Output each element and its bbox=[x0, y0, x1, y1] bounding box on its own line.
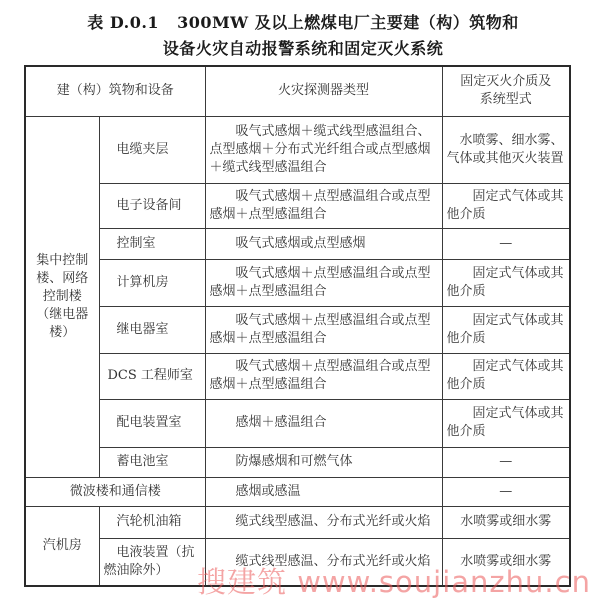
item-cell: 计算机房 bbox=[99, 259, 205, 306]
header-row: 建（构）筑物和设备 火灾探测器类型 固定灭火介质及系统型式 bbox=[25, 66, 570, 116]
header-building: 建（构）筑物和设备 bbox=[25, 66, 205, 116]
item-cell: 配电装置室 bbox=[99, 399, 205, 447]
medium-cell: 固定式气体或其他介质 bbox=[442, 183, 570, 228]
table-row: 集中控制楼、网络控制楼（继电器楼） 电缆夹层 吸气式感烟＋缆式线型感温组合、点型… bbox=[25, 116, 570, 183]
table-row: 蓄电池室 防爆感烟和可燃气体 — bbox=[25, 447, 570, 477]
detector-cell: 感烟＋感温组合 bbox=[205, 399, 442, 447]
medium-cell: 固定式气体或其他介质 bbox=[442, 306, 570, 353]
table-title-line2: 设备火灾自动报警系统和固定灭火系统 bbox=[0, 36, 606, 59]
group-building: 微波楼和通信楼 bbox=[25, 477, 205, 506]
group-building: 汽机房 bbox=[25, 506, 99, 586]
table-row: 微波楼和通信楼 感烟或感温 — bbox=[25, 477, 570, 506]
table-number: 表 D.0.1 bbox=[87, 13, 159, 32]
item-cell: 蓄电池室 bbox=[99, 447, 205, 477]
table-row: 汽机房 汽轮机油箱 缆式线型感温、分布式光纤或火焰 水喷雾或细水雾 bbox=[25, 506, 570, 538]
header-medium: 固定灭火介质及系统型式 bbox=[442, 66, 570, 116]
medium-cell: 固定式气体或其他介质 bbox=[442, 353, 570, 399]
detector-cell: 吸气式感烟＋缆式线型感温组合、点型感烟＋分布式光纤组合或点型感烟＋缆式线型感温组… bbox=[205, 116, 442, 183]
fire-system-table: 建（构）筑物和设备 火灾探测器类型 固定灭火介质及系统型式 集中控制楼、网络控制… bbox=[24, 65, 571, 587]
medium-cell: 水喷雾或细水雾 bbox=[442, 506, 570, 538]
detector-cell: 缆式线型感温、分布式光纤或火焰 bbox=[205, 506, 442, 538]
medium-cell: — bbox=[442, 447, 570, 477]
item-cell: 电子设备间 bbox=[99, 183, 205, 228]
item-cell: 控制室 bbox=[99, 228, 205, 259]
detector-cell: 吸气式感烟或点型感烟 bbox=[205, 228, 442, 259]
medium-cell: 水喷雾或细水雾 bbox=[442, 538, 570, 586]
medium-cell: 固定式气体或其他介质 bbox=[442, 399, 570, 447]
item-cell: DCS 工程师室 bbox=[99, 353, 205, 399]
table-row: 电液装置（抗燃油除外） 缆式线型感温、分布式光纤或火焰 水喷雾或细水雾 bbox=[25, 538, 570, 586]
group-building: 集中控制楼、网络控制楼（继电器楼） bbox=[25, 116, 99, 477]
item-cell: 继电器室 bbox=[99, 306, 205, 353]
detector-cell: 吸气式感烟＋点型感温组合或点型感烟＋点型感温组合 bbox=[205, 259, 442, 306]
item-cell: 电缆夹层 bbox=[99, 116, 205, 183]
detector-cell: 感烟或感温 bbox=[205, 477, 442, 506]
table-row: 计算机房 吸气式感烟＋点型感温组合或点型感烟＋点型感温组合 固定式气体或其他介质 bbox=[25, 259, 570, 306]
table-row: 控制室 吸气式感烟或点型感烟 — bbox=[25, 228, 570, 259]
table-row: 电子设备间 吸气式感烟＋点型感温组合或点型感烟＋点型感温组合 固定式气体或其他介… bbox=[25, 183, 570, 228]
table-title-line1: 表 D.0.1300MW 及以上燃煤电厂主要建（构）筑物和 bbox=[0, 10, 606, 33]
item-cell: 汽轮机油箱 bbox=[99, 506, 205, 538]
item-cell: 电液装置（抗燃油除外） bbox=[99, 538, 205, 586]
medium-cell: — bbox=[442, 228, 570, 259]
medium-cell: 固定式气体或其他介质 bbox=[442, 259, 570, 306]
detector-cell: 吸气式感烟＋点型感温组合或点型感烟＋点型感温组合 bbox=[205, 306, 442, 353]
table-row: DCS 工程师室 吸气式感烟＋点型感温组合或点型感烟＋点型感温组合 固定式气体或… bbox=[25, 353, 570, 399]
table-row: 继电器室 吸气式感烟＋点型感温组合或点型感烟＋点型感温组合 固定式气体或其他介质 bbox=[25, 306, 570, 353]
detector-cell: 缆式线型感温、分布式光纤或火焰 bbox=[205, 538, 442, 586]
medium-cell: — bbox=[442, 477, 570, 506]
table-title-text: 300MW 及以上燃煤电厂主要建（构）筑物和 bbox=[177, 13, 519, 32]
table-row: 配电装置室 感烟＋感温组合 固定式气体或其他介质 bbox=[25, 399, 570, 447]
header-detector: 火灾探测器类型 bbox=[205, 66, 442, 116]
detector-cell: 吸气式感烟＋点型感温组合或点型感烟＋点型感温组合 bbox=[205, 353, 442, 399]
detector-cell: 吸气式感烟＋点型感温组合或点型感烟＋点型感温组合 bbox=[205, 183, 442, 228]
detector-cell: 防爆感烟和可燃气体 bbox=[205, 447, 442, 477]
medium-cell: 水喷雾、细水雾、气体或其他灭火装置 bbox=[442, 116, 570, 183]
